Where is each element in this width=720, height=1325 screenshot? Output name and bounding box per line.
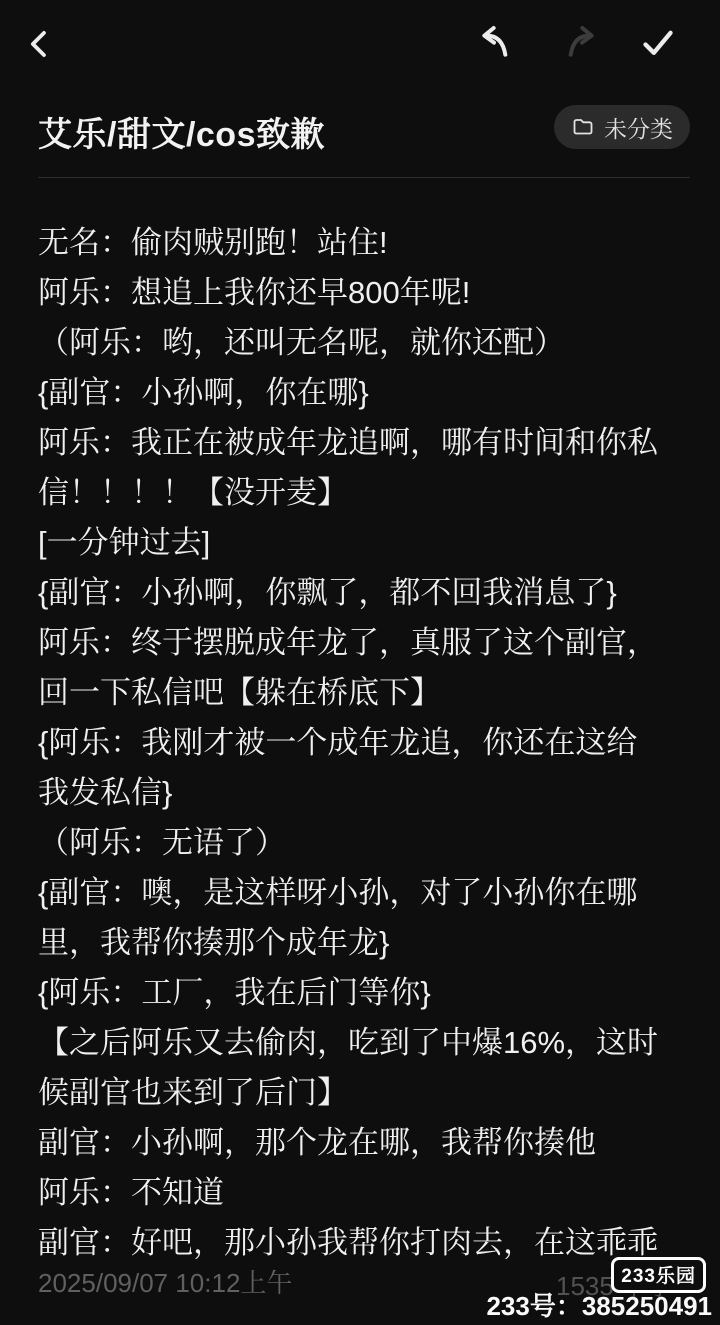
note-line: 阿乐：想追上我你还早800年呢! xyxy=(38,268,696,318)
note-line: {阿乐：工厂，我在后门等你} xyxy=(38,968,696,1018)
note-line: {阿乐：我刚才被一个成年龙追，你还在这给 xyxy=(38,718,696,768)
undo-button[interactable] xyxy=(474,20,518,64)
note-line: {副官：小孙啊，你在哪} xyxy=(38,368,696,418)
note-editor-screen: 艾乐/甜文/cos致歉 未分类 无名：偷肉贼别跑！站住!阿乐：想追上我你还早80… xyxy=(0,0,720,1325)
folder-icon xyxy=(571,115,595,139)
note-line: 阿乐：不知道 xyxy=(38,1168,696,1218)
note-line: 阿乐：终于摆脱成年龙了，真服了这个副官， xyxy=(38,618,696,668)
redo-icon xyxy=(560,22,600,62)
note-line: {副官：小孙啊，你飘了，都不回我消息了} xyxy=(38,568,696,618)
watermark-id: 233号：385250491 xyxy=(486,1286,712,1323)
confirm-button[interactable] xyxy=(636,20,680,64)
note-line: 副官：小孙啊，那个龙在哪，我帮你揍他 xyxy=(38,1118,696,1168)
note-line: [一分钟过去] xyxy=(38,518,696,568)
note-line: （阿乐：无语了） xyxy=(38,818,696,868)
header-divider xyxy=(38,177,690,178)
note-line: 回一下私信吧【躲在桥底下】 xyxy=(38,668,696,718)
note-line: （阿乐：哟，还叫无名呢，就你还配） xyxy=(38,318,696,368)
note-line: 无名：偷肉贼别跑！站住! xyxy=(38,218,696,268)
note-line: 我发私信} xyxy=(38,768,696,818)
undo-icon xyxy=(476,22,516,62)
category-badge[interactable]: 未分类 xyxy=(554,105,690,149)
note-title-input[interactable]: 艾乐/甜文/cos致歉 xyxy=(38,107,325,156)
note-line: 阿乐：我正在被成年龙追啊，哪有时间和你私 xyxy=(38,418,696,468)
note-body[interactable]: 无名：偷肉贼别跑！站住!阿乐：想追上我你还早800年呢!（阿乐：哟，还叫无名呢，… xyxy=(38,218,696,1262)
checkmark-icon xyxy=(638,22,678,62)
note-line: 【之后阿乐又去偷肉，吃到了中爆16%，这时 xyxy=(38,1018,696,1068)
note-line: 信！！！！【没开麦】 xyxy=(38,468,696,518)
chevron-left-icon xyxy=(21,25,59,63)
back-button[interactable] xyxy=(18,22,62,66)
note-line: {副官：噢，是这样呀小孙，对了小孙你在哪 xyxy=(38,868,696,918)
category-label: 未分类 xyxy=(604,111,673,144)
note-line: 副官：好吧，那小孙我帮你打肉去，在这乖乖 xyxy=(38,1218,696,1262)
note-line: 候副官也来到了后门】 xyxy=(38,1068,696,1118)
note-modified-datetime: 2025/09/07 10:12上午 xyxy=(38,1263,292,1300)
redo-button[interactable] xyxy=(558,20,602,64)
note-line: 里，我帮你揍那个成年龙} xyxy=(38,918,696,968)
